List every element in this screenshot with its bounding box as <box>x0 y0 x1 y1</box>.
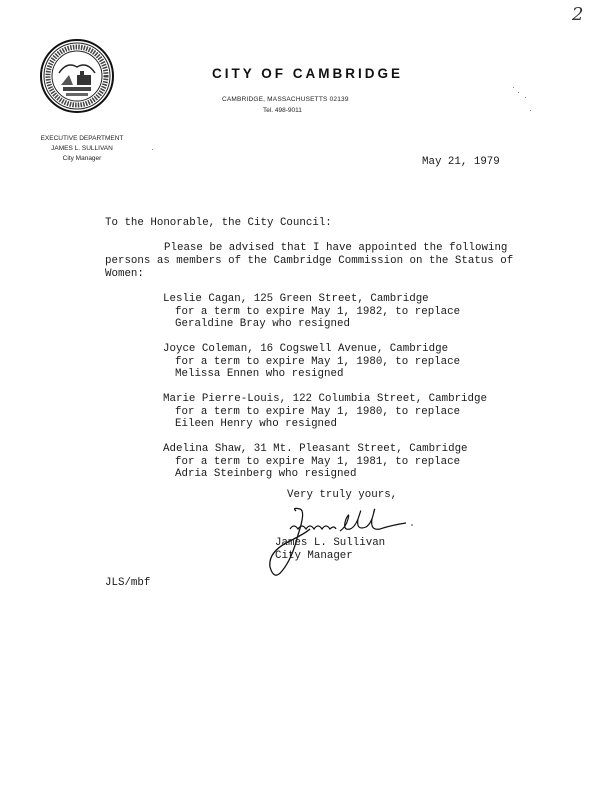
official-title: City Manager <box>22 155 142 162</box>
appointee-line: Leslie Cagan, 125 Green Street, Cambridg… <box>163 293 429 306</box>
scan-speck <box>513 87 514 88</box>
letterhead-address: CAMBRIDGE, MASSACHUSETTS 02139 <box>222 96 349 103</box>
scan-speck <box>525 97 526 98</box>
signer-name: James L. Sullivan <box>275 537 385 550</box>
intro-line-1: Please be advised that I have appointed … <box>164 242 507 255</box>
appointee-line: Joyce Coleman, 16 Cogswell Avenue, Cambr… <box>163 343 448 356</box>
term-line: for a term to expire May 1, 1980, to rep… <box>175 356 460 369</box>
letterhead-telephone: Tel. 498-9011 <box>263 107 302 114</box>
complimentary-close: Very truly yours, <box>287 489 397 502</box>
scan-speck <box>530 110 531 111</box>
intro-line-2: persons as members of the Cambridge Comm… <box>105 255 513 268</box>
page-number-mark: 2 <box>572 4 583 25</box>
appointee-line: Adelina Shaw, 31 Mt. Pleasant Street, Ca… <box>163 443 468 456</box>
replaces-line: Geraldine Bray who resigned <box>175 318 350 331</box>
intro-line-3: Women: <box>105 268 144 281</box>
letter-date: May 21, 1979 <box>422 156 500 169</box>
letter-page: 2 CITY OF CAMBRIDGE CAMBRIDGE, MASSACHUS… <box>0 0 595 800</box>
city-seal-icon <box>39 37 115 115</box>
replaces-line: Eileen Henry who resigned <box>175 418 337 431</box>
term-line: for a term to expire May 1, 1981, to rep… <box>175 456 460 469</box>
replaces-line: Adria Steinberg who resigned <box>175 468 356 481</box>
salutation: To the Honorable, the City Council: <box>105 217 332 230</box>
scan-speck <box>152 149 153 150</box>
term-line: for a term to expire May 1, 1980, to rep… <box>175 406 460 419</box>
department-name: EXECUTIVE DEPARTMENT <box>22 135 142 142</box>
term-line: for a term to expire May 1, 1982, to rep… <box>175 306 460 319</box>
appointee-line: Marie Pierre-Louis, 122 Columbia Street,… <box>163 393 487 406</box>
letterhead-title: CITY OF CAMBRIDGE <box>212 66 403 81</box>
scan-speck <box>518 92 519 93</box>
replaces-line: Melissa Ennen who resigned <box>175 368 343 381</box>
reference-initials: JLS/mbf <box>105 577 150 590</box>
signer-title: City Manager <box>275 550 353 563</box>
official-name: JAMES L. SULLIVAN <box>22 145 142 152</box>
